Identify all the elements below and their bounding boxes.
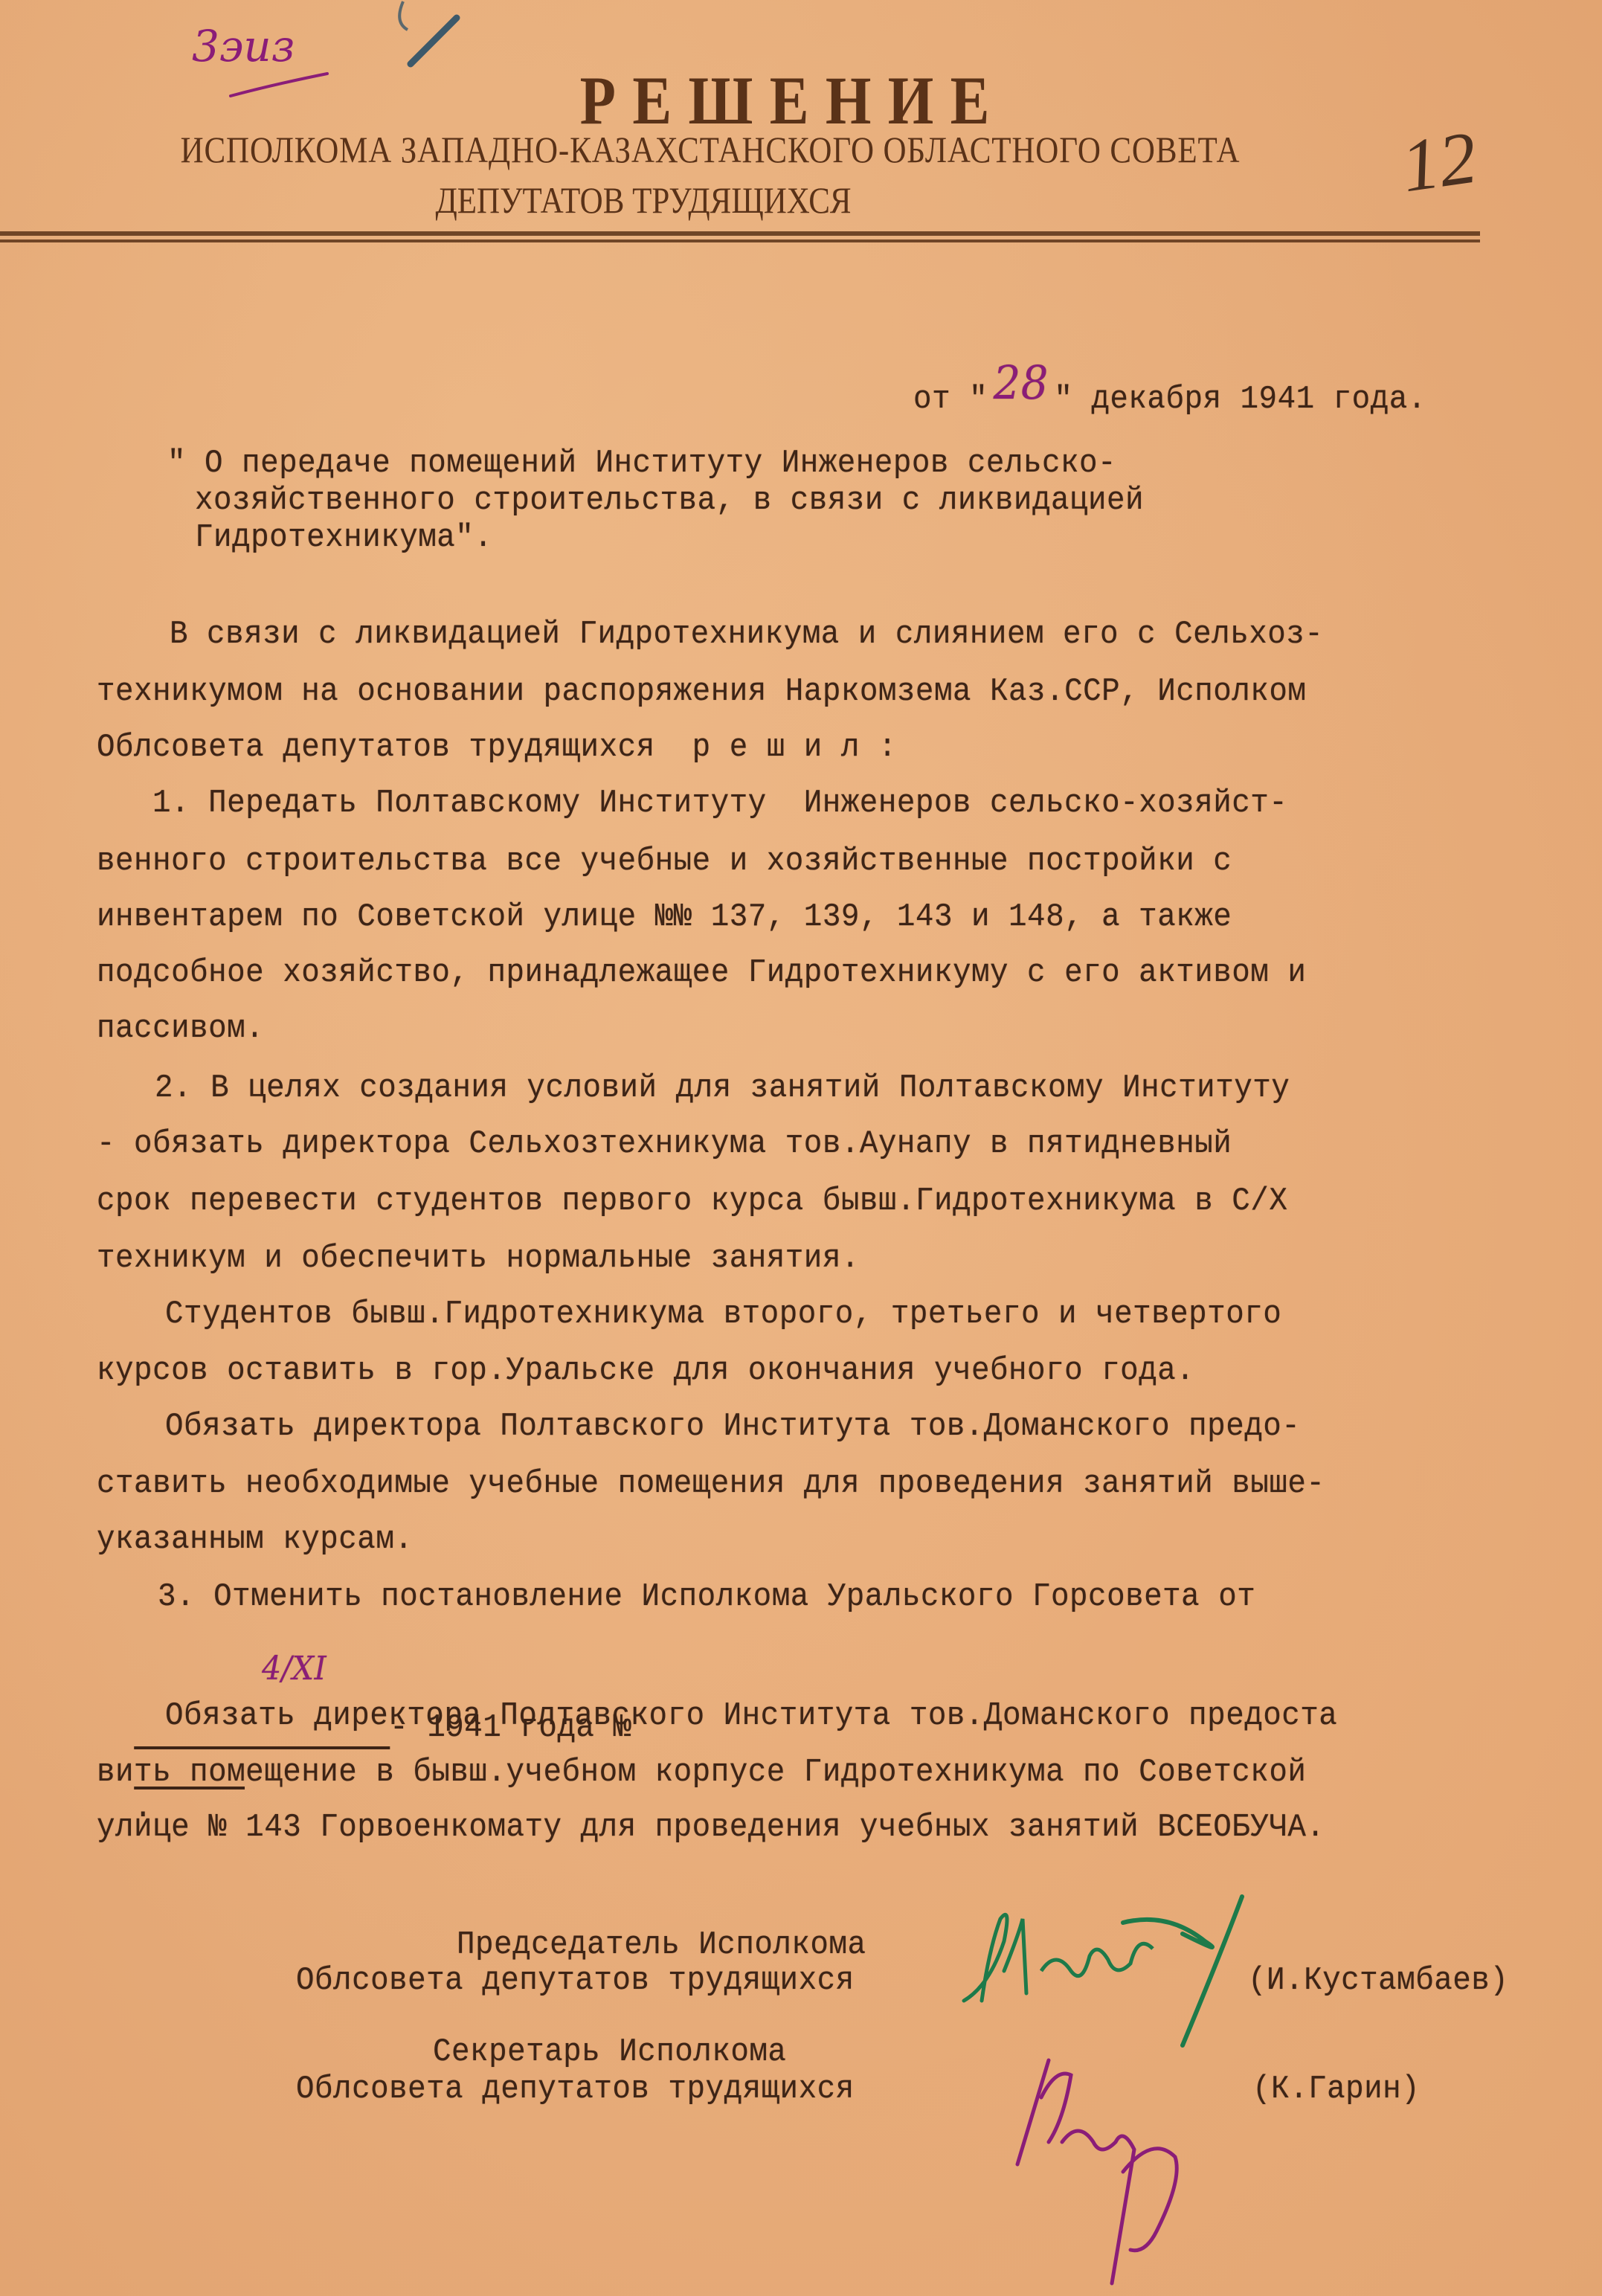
item2-para3-line: указанным курсам. bbox=[97, 1521, 413, 1558]
header-rule-top bbox=[0, 231, 1480, 236]
secretary-title-line2: Облсовета депутатов трудящихся bbox=[296, 2071, 855, 2108]
decision-date: от "28" декабря 1941 года. bbox=[876, 327, 1426, 419]
item3-para2-line: Обязать директора Полтавского Института … bbox=[165, 1697, 1337, 1734]
item2-line: 2. В целях создания условий для занятий … bbox=[155, 1070, 1290, 1107]
date-suffix: " декабря 1941 года. bbox=[1054, 381, 1426, 418]
item2-para3-line: ставить необходимые учебные помещения дл… bbox=[97, 1465, 1325, 1502]
chairman-signature bbox=[959, 1889, 1316, 2060]
secretary-title-line1: Секретарь Исполкома bbox=[433, 2033, 786, 2071]
item2-line: срок перевести студентов первого курса б… bbox=[97, 1183, 1287, 1220]
item1-line: пассивом. bbox=[97, 1010, 264, 1047]
item1-line: венного строительства все учебные и хозя… bbox=[97, 843, 1232, 880]
chairman-title-line1: Председатель Исполкома bbox=[457, 1926, 866, 1964]
date-prefix: от " bbox=[913, 381, 988, 418]
preamble-line: Облсовета депутатов трудящихся р е ш и л… bbox=[97, 729, 897, 766]
date-day-handwritten: 28 bbox=[988, 356, 1054, 410]
subject-line: Гидротехникума". bbox=[195, 519, 492, 556]
header-rule-bottom bbox=[0, 239, 1480, 242]
subject-line: хозяйственного строительства, в связи с … bbox=[195, 482, 1144, 519]
item1-line: инвентарем по Советской улице №№ 137, 13… bbox=[97, 898, 1232, 936]
item2-para3-line: Обязать директора Полтавского Института … bbox=[165, 1408, 1300, 1445]
item2-para2-line: Студентов бывш.Гидротехникума второго, т… bbox=[165, 1296, 1281, 1333]
cancelled-decree-date-handwritten: 4/XI bbox=[262, 1650, 326, 1688]
item2-line: техникум и обеспечить нормальные занятия… bbox=[97, 1240, 860, 1277]
item3-para2-line: улице № 143 Горвоенкомату для проведения… bbox=[97, 1809, 1325, 1846]
page-number-handwritten: 12 bbox=[1396, 115, 1482, 210]
blue-pencil-stroke bbox=[394, 0, 461, 67]
item2-line: - обязать директора Сельхозтехникума тов… bbox=[97, 1125, 1232, 1163]
chairman-title-line2: Облсовета депутатов трудящихся bbox=[296, 1962, 855, 1999]
item3-line: 3. Отменить постановление Исполкома Урал… bbox=[158, 1578, 1255, 1615]
item1-line: 1. Передать Полтавскому Институту Инжене… bbox=[152, 785, 1287, 822]
item1-line: подсобное хозяйство, принадлежащее Гидро… bbox=[97, 954, 1306, 991]
item2-para2-line: курсов оставить в гор.Уральске для оконч… bbox=[97, 1352, 1194, 1389]
issuing-body-line1: ИСПОЛКОМА ЗАПАДНО-КАЗАХСТАНСКОГО ОБЛАСТН… bbox=[125, 128, 1296, 171]
preamble-line: В связи с ликвидацией Гидротехникума и с… bbox=[170, 616, 1323, 653]
subject-line: " О передаче помещений Институту Инженер… bbox=[167, 445, 1116, 482]
secretary-signature bbox=[1011, 2053, 1279, 2283]
preamble-line: техникумом на основании распоряжения Нар… bbox=[97, 673, 1306, 710]
issuing-body-line2: ДЕПУТАТОВ ТРУДЯЩИХСЯ bbox=[282, 179, 1005, 222]
item3-para2-line: вить помещение в бывш.учебном корпусе Ги… bbox=[97, 1754, 1306, 1791]
